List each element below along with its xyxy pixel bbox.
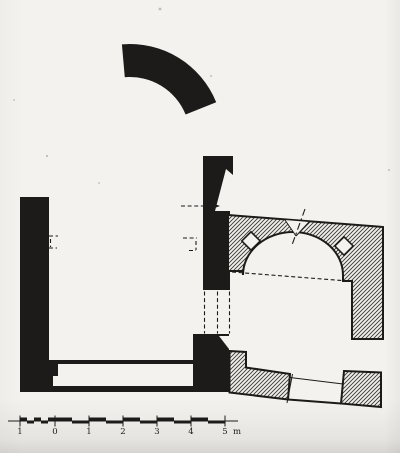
scanned-plan-page: 1 0 1 2 3 4 5 m	[0, 0, 400, 453]
west-wall-opening-dashes	[49, 236, 58, 248]
wall-opening-outline	[287, 374, 343, 404]
scale-labels: 1 0 1 2 3 4 5 m	[17, 427, 241, 437]
scale-label-2: 1	[86, 427, 91, 437]
southeast-wall	[230, 351, 382, 407]
apse-chord-line	[232, 272, 348, 281]
central-wall-section	[181, 156, 233, 392]
scale-meter-segments	[55, 418, 225, 424]
scale-subdivided-section	[20, 418, 55, 424]
scale-label-3: 2	[120, 427, 125, 437]
central-wall-opening-dashes	[183, 238, 197, 251]
scale-label-0: 1	[17, 427, 22, 437]
arc-wall-fragment	[122, 44, 216, 114]
scale-bar: 1 0 1 2 3 4 5 m	[8, 416, 241, 438]
central-wall-footing	[193, 334, 229, 392]
southeast-wall-left	[230, 351, 291, 400]
scale-label-4: 3	[154, 427, 159, 437]
scale-label-6: 5	[222, 427, 227, 437]
apse-structure	[228, 209, 383, 339]
scale-label-1: 0	[52, 427, 57, 437]
floor-plan-drawing: 1 0 1 2 3 4 5 m	[0, 0, 400, 453]
reconstructed-wall-dashes	[205, 292, 230, 334]
scale-label-5: 4	[188, 427, 193, 437]
scale-unit-label: m	[233, 427, 241, 437]
southeast-wall-right	[341, 371, 381, 407]
